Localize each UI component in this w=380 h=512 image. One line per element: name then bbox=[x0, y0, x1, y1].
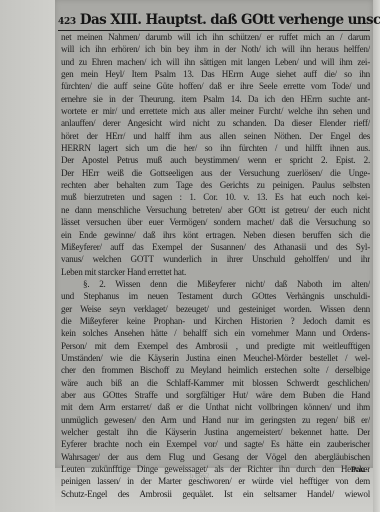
text-line: net meinen Nahmen/ darumb will ich ihn s… bbox=[61, 31, 370, 43]
text-line: kein solches Ansehen hätte / behalff sic… bbox=[61, 327, 370, 339]
page-header: 423 Das XIII. Hauptst. daß GOtt verhenge… bbox=[58, 12, 370, 31]
scanned-page: 423 Das XIII. Hauptst. daß GOtt verhenge… bbox=[0, 0, 380, 512]
text-line: ernehre sie in der Theurung. item Psalm … bbox=[61, 93, 370, 105]
text-line: Umständen/ wie die Käyserin Justina eine… bbox=[61, 352, 370, 364]
text-line: anlauffen/ derer Angesicht wird nicht zu… bbox=[61, 117, 370, 129]
text-line: Wahrsager/ der aus dem Flug und Gesang d… bbox=[61, 451, 370, 463]
text-line: ein Ende gewinne/ daß ihrs könt ertragen… bbox=[61, 229, 370, 241]
page-number: 423 bbox=[58, 17, 76, 27]
text-line: unmüglich gewesen/ den Arm und Hand nur … bbox=[61, 414, 370, 426]
text-line: Der Apostel Petrus muß auch beystimmen/ … bbox=[61, 154, 370, 166]
text-line: Schutz-Engel des Ambrosii gequälet. Ist … bbox=[61, 488, 370, 500]
page-edge bbox=[373, 0, 380, 512]
body-text: net meinen Nahmen/ darumb will ich ihn s… bbox=[61, 31, 370, 500]
catchword: Pau- bbox=[351, 464, 368, 474]
text-line: welcher gestalt ihn die Käyserin Justina… bbox=[61, 426, 370, 438]
signature-mark: b 6662 bbox=[190, 472, 209, 480]
text-line: muß bierzutreten und sagen : 1. Cor. 10.… bbox=[61, 191, 370, 203]
left-margin bbox=[0, 0, 55, 512]
text-line: fürchten/ die auff seine Güte hoffen/ da… bbox=[61, 80, 370, 92]
text-line: Person/ mit dem Exempel des Ambrosii , u… bbox=[61, 340, 370, 352]
text-line: aber aus GOttes Straffe und sorgfältiger… bbox=[61, 389, 370, 401]
text-line: rechten aber behalten zum Tage des Geric… bbox=[61, 179, 370, 191]
text-line: ne dann menschliche Versuchung betreten/… bbox=[61, 204, 370, 216]
text-line: die Mißeyferer keine Prophan- und Kirche… bbox=[61, 315, 370, 327]
running-head: Das XIII. Hauptst. daß GOtt verhenge uns… bbox=[80, 12, 380, 28]
text-line: Der HErr weiß die Gottseeligen aus der V… bbox=[61, 167, 370, 179]
text-line: lässet versuchen über euer Vermögen/ son… bbox=[61, 216, 370, 228]
text-line: mit dem Arm erstarret/ daß er die Unthat… bbox=[61, 401, 370, 413]
text-line: Mißeyferer/ auff das Exempel der Susanne… bbox=[61, 241, 370, 253]
text-line: wortete er mir/ und errettete mich aus a… bbox=[61, 105, 370, 117]
text-line: und Stephanus im neuen Testament durch G… bbox=[61, 290, 370, 302]
text-line: cher den frommen Bischoff zu Meyland hei… bbox=[61, 364, 370, 376]
text-line: und zu Ehren machen/ ich will ihn sättig… bbox=[61, 56, 370, 68]
text-line: höret der HErr/ und halff ihm aus allen … bbox=[61, 130, 370, 142]
text-line: Leuten zukünfftige Dinge geweissaget/ al… bbox=[61, 463, 370, 475]
text-line: gen mein Heyl/ Item Psalm 13. Das HErrn … bbox=[61, 68, 370, 80]
text-line: Eyferer brachte noch ein Exempel vor/ un… bbox=[61, 438, 370, 450]
text-line: wäre auch biß an die Schlaff-Kammer mit … bbox=[61, 377, 370, 389]
text-line: ger Weise seyn verklaget/ bezeuget/ und … bbox=[61, 303, 370, 315]
text-line: HERRN lagert sich um die her/ so ihn für… bbox=[61, 142, 370, 154]
section-start-line: §. 2. Wissen denn die Mißeyferer nicht/ … bbox=[61, 278, 370, 290]
text-line: Leben mit starcker Hand errettet hat. bbox=[61, 266, 370, 278]
text-line: will ich ihn erhören/ ich bin bey ihm in… bbox=[61, 43, 370, 55]
text-line: peinigen lassen/ in der Marter geschwore… bbox=[61, 475, 370, 487]
text-line: vanus/ welchen GOTT wunderlich in ihrer … bbox=[61, 253, 370, 265]
